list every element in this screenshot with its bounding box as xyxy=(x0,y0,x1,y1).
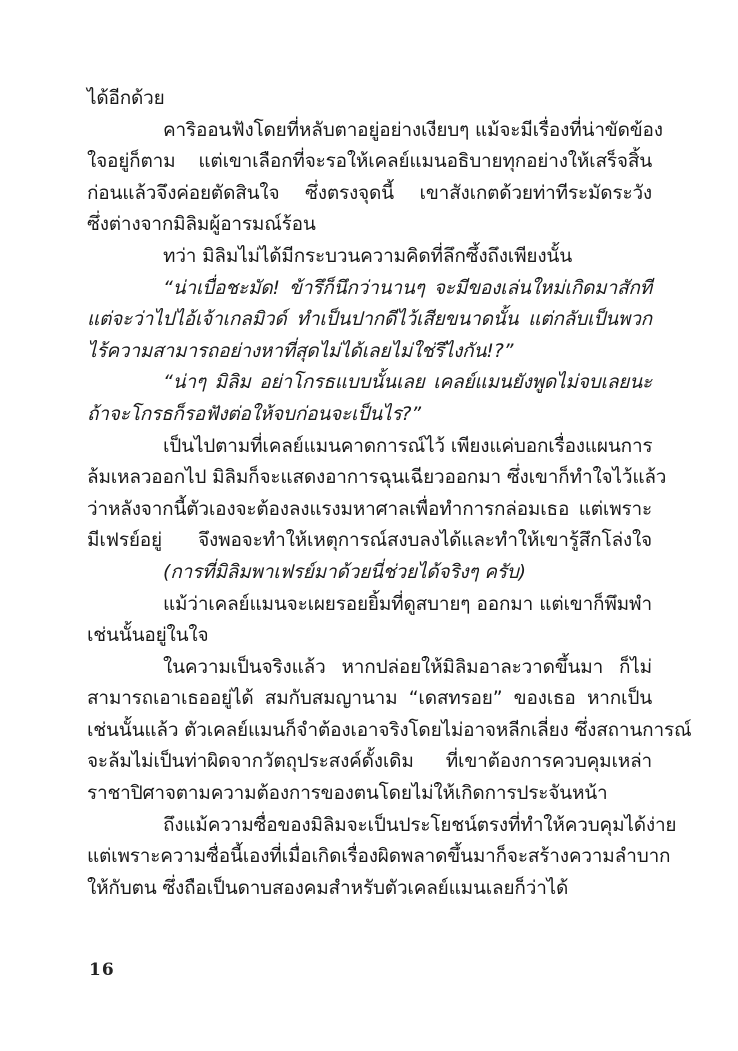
text-line: เช่นนั้นอยู่ในใจ xyxy=(87,620,652,652)
text-line: ได้อีกด้วย xyxy=(87,83,652,115)
dialogue-line: “น่าเบื่อชะมัด! ข้ารึก็นึกว่านานๆ จะมีขอ… xyxy=(87,273,652,305)
text-line: ซึ่งต่างจากมิลิมผู้อารมณ์ร้อน xyxy=(87,209,652,241)
text-line: ก่อนแล้วจึงค่อยตัดสินใจ ซึ่งตรงจุดนี้ เข… xyxy=(87,178,652,210)
dialogue-line: แต่จะว่าไปไอ้เจ้าเกลมิวด์ ทำเป็นปากดีไว้… xyxy=(87,304,652,336)
text-line: ให้กับตน ซึ่งถือเป็นดาบสองคมสำหรับตัวเคล… xyxy=(87,873,652,905)
dialogue-line: ไร้ความสามารถอย่างหาที่สุดไม่ได้เลยไม่ใช… xyxy=(87,336,652,368)
text-line: ว่าหลังจากนี้ตัวเองจะต้องลงแรงมหาศาลเพื่… xyxy=(87,494,652,526)
body-text: ได้อีกด้วย คาริออนฟังโดยที่หลับตาอยู่อย่… xyxy=(87,83,652,904)
text-line: ทว่า มิลิมไม่ได้มีกระบวนความคิดที่ลึกซึ้… xyxy=(87,241,652,273)
text-line: มีเฟรย์อยู่ จึงพอจะทำให้เหตุการณ์สงบลงได… xyxy=(87,525,652,557)
text-line: สามารถเอาเธออยู่ได้ สมกับสมญานาม “เดสทรอ… xyxy=(87,683,652,715)
text-line: เป็นไปตามที่เคลย์แมนคาดการณ์ไว้ เพียงแค่… xyxy=(87,431,652,463)
dialogue-line: “น่าๆ มิลิม อย่าโกรธแบบนั้นเลย เคลย์แมนย… xyxy=(87,367,652,399)
text-line: ใจอยู่ก็ตาม แต่เขาเลือกที่จะรอให้เคลย์แม… xyxy=(87,146,652,178)
text-line: ในความเป็นจริงแล้ว หากปล่อยให้มิลิมอาละว… xyxy=(87,652,652,684)
text-line: เช่นนั้นแล้ว ตัวเคลย์แมนก็จำต้องเอาจริงโ… xyxy=(87,715,652,747)
text-line: ถึงแม้ความซื่อของมิลิมจะเป็นประโยชน์ตรงท… xyxy=(87,810,652,842)
dialogue-line: ถ้าจะโกรธก็รอฟังต่อให้จบก่อนจะเป็นไร?” xyxy=(87,399,652,431)
text-line: แต่เพราะความซื่อนี้เองที่เมื่อเกิดเรื่อง… xyxy=(87,841,652,873)
thought-line: (การที่มิลิมพาเฟรย์มาด้วยนี่ช่วยได้จริงๆ… xyxy=(87,557,652,589)
text-line: ราชาปิศาจตามความต้องการของตนโดยไม่ให้เกิ… xyxy=(87,778,652,810)
text-line: คาริออนฟังโดยที่หลับตาอยู่อย่างเงียบๆ แม… xyxy=(87,115,652,147)
book-page: ได้อีกด้วย คาริออนฟังโดยที่หลับตาอยู่อย่… xyxy=(0,0,738,1051)
page-number: 16 xyxy=(89,960,115,980)
text-line: ล้มเหลวออกไป มิลิมก็จะแสดงอาการฉุนเฉียวอ… xyxy=(87,462,652,494)
text-line: จะล้มไม่เป็นท่าผิดจากวัตถุประสงค์ดั้งเดิ… xyxy=(87,746,652,778)
text-line: แม้ว่าเคลย์แมนจะเผยรอยยิ้มที่ดูสบายๆ ออก… xyxy=(87,589,652,621)
